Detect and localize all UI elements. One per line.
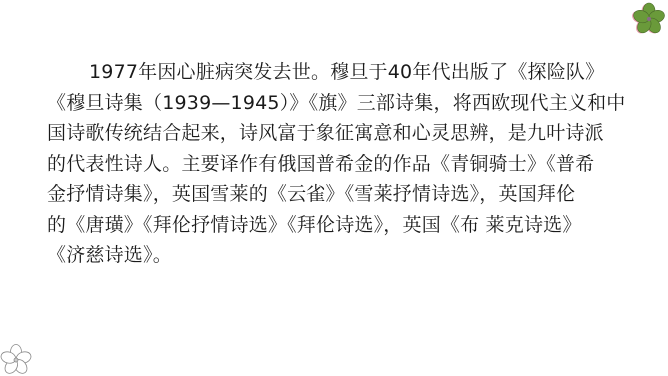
paragraph-line: 《穆旦诗集（1939—1945）》《旗》三部诗集，将西欧现代主义和中 bbox=[47, 88, 627, 119]
paragraph-line: 金抒情诗集》，英国雪莱的《云雀》《雪莱抒情诗选》，英国拜伦 bbox=[47, 179, 627, 210]
paragraph-line: 国诗歌传统结合起来，诗风富于象征寓意和心灵思辨，是九叶诗派 bbox=[47, 118, 627, 149]
green-clover-flower-icon bbox=[632, 2, 666, 36]
paragraph-line: 《济慈诗选》。 bbox=[47, 240, 627, 271]
paragraph-line: 的《唐璜》《拜伦抒情诗选》《拜伦诗选》，英国《布 莱克诗选》 bbox=[47, 210, 627, 241]
paragraph-line: 1977年因心脏病突发去世。穆旦于40年代出版了《探险队》 bbox=[47, 57, 627, 88]
body-paragraph: 1977年因心脏病突发去世。穆旦于40年代出版了《探险队》 《穆旦诗集（1939… bbox=[47, 57, 627, 271]
paragraph-line: 的代表性诗人。主要译作有俄国普希金的作品《青铜骑士》《普希 bbox=[47, 149, 627, 180]
white-flower-outline-icon bbox=[0, 342, 34, 376]
